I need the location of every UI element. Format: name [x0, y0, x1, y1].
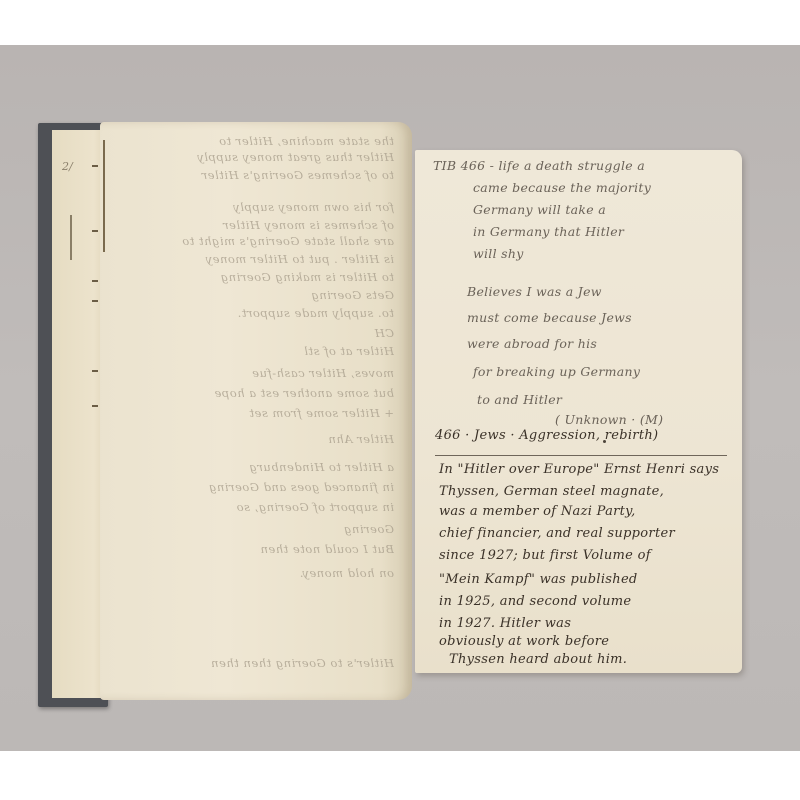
- ghost-line: + Hitler some from set: [118, 406, 394, 420]
- ghost-line: but some another est a hope: [118, 386, 394, 400]
- ghost-line: CH: [118, 326, 394, 340]
- margin-pencil-mark: [70, 215, 72, 260]
- ghost-line: Gets Goering: [118, 288, 394, 302]
- handwritten-line: came because the majority: [473, 180, 651, 195]
- ghost-line: to Hitler is making Goering: [118, 270, 394, 284]
- handwritten-line: in Germany that Hitler: [473, 224, 624, 239]
- binding-stitch: [92, 165, 98, 167]
- binding-stitch: [92, 405, 98, 407]
- handwritten-line: Thyssen, German steel magnate,: [439, 484, 664, 499]
- ghost-line: Hitler's to Goering then then: [118, 656, 394, 670]
- handwritten-line: Germany will take a: [473, 202, 606, 217]
- binding-thread: [103, 140, 105, 252]
- handwritten-line: chief financier, and real supporter: [439, 526, 675, 541]
- ghost-line: in financed goes and Goering: [118, 480, 394, 494]
- margin-note: 2/: [62, 160, 73, 173]
- binding-stitch: [92, 280, 98, 282]
- handwritten-line: must come because Jews: [467, 310, 632, 325]
- binding-stitch: [92, 230, 98, 232]
- handwritten-line: since 1927; but first Volume of: [439, 548, 651, 563]
- ghost-line: to. supply made support.: [118, 306, 394, 320]
- binding-stitch: [92, 300, 98, 302]
- ghost-line: of schemes is money Hitler: [118, 218, 394, 232]
- handwritten-line: to and Hitler: [477, 392, 562, 407]
- handwritten-line: Thyssen heard about him.: [449, 652, 627, 667]
- ghost-line: for his own money supply: [118, 200, 394, 214]
- handwritten-line: Believes I was a Jew: [467, 284, 602, 299]
- ghost-line: Hitler Ahn: [118, 432, 394, 446]
- handwritten-line: will shy: [473, 246, 524, 261]
- separator-note: 466 · Jews · Aggression, rebirth): [435, 428, 658, 443]
- right-page: TIB 466 - life a death struggle a came b…: [415, 150, 742, 673]
- ghost-line: Hitler at of stl: [118, 344, 394, 358]
- ghost-line: are shall state Goering's might to: [118, 234, 394, 248]
- ghost-line: is Hitler . put to Hitler money: [118, 252, 394, 266]
- handwritten-line: in 1925, and second volume: [439, 594, 631, 609]
- ghost-line: the state machine, Hitler to: [118, 134, 394, 148]
- handwritten-line: ( Unknown · (M): [555, 412, 663, 427]
- handwritten-line: in 1927. Hitler was: [439, 616, 571, 631]
- ghost-line: to of schemes Goering's Hitler: [118, 168, 394, 182]
- ghost-line: in support of Goering, so: [118, 500, 394, 514]
- ghost-line: moves, Hitler cash-fue: [118, 366, 394, 380]
- handwritten-line: for breaking up Germany: [473, 364, 640, 379]
- binding-stitch: [92, 370, 98, 372]
- handwritten-line: were abroad for his: [467, 336, 597, 351]
- ghost-line: Goering: [118, 522, 394, 536]
- handwritten-line: "Mein Kampf" was published: [439, 572, 638, 587]
- divider-line: [435, 455, 727, 456]
- ghost-line: Hitler thus great money supply: [118, 150, 394, 164]
- ghost-line: on hold money.: [118, 566, 394, 580]
- ghost-line: But I could note then: [118, 542, 394, 556]
- handwritten-line: TIB 466 - life a death struggle a: [433, 158, 645, 173]
- handwritten-line: was a member of Nazi Party,: [439, 504, 636, 519]
- left-page: the state machine, Hitler to Hitler thus…: [100, 122, 412, 700]
- ghost-line: a Hitler to Hindenburg: [118, 460, 394, 474]
- handwritten-line: obviously at work before: [439, 634, 609, 649]
- handwritten-line: In "Hitler over Europe" Ernst Henri says: [439, 462, 719, 477]
